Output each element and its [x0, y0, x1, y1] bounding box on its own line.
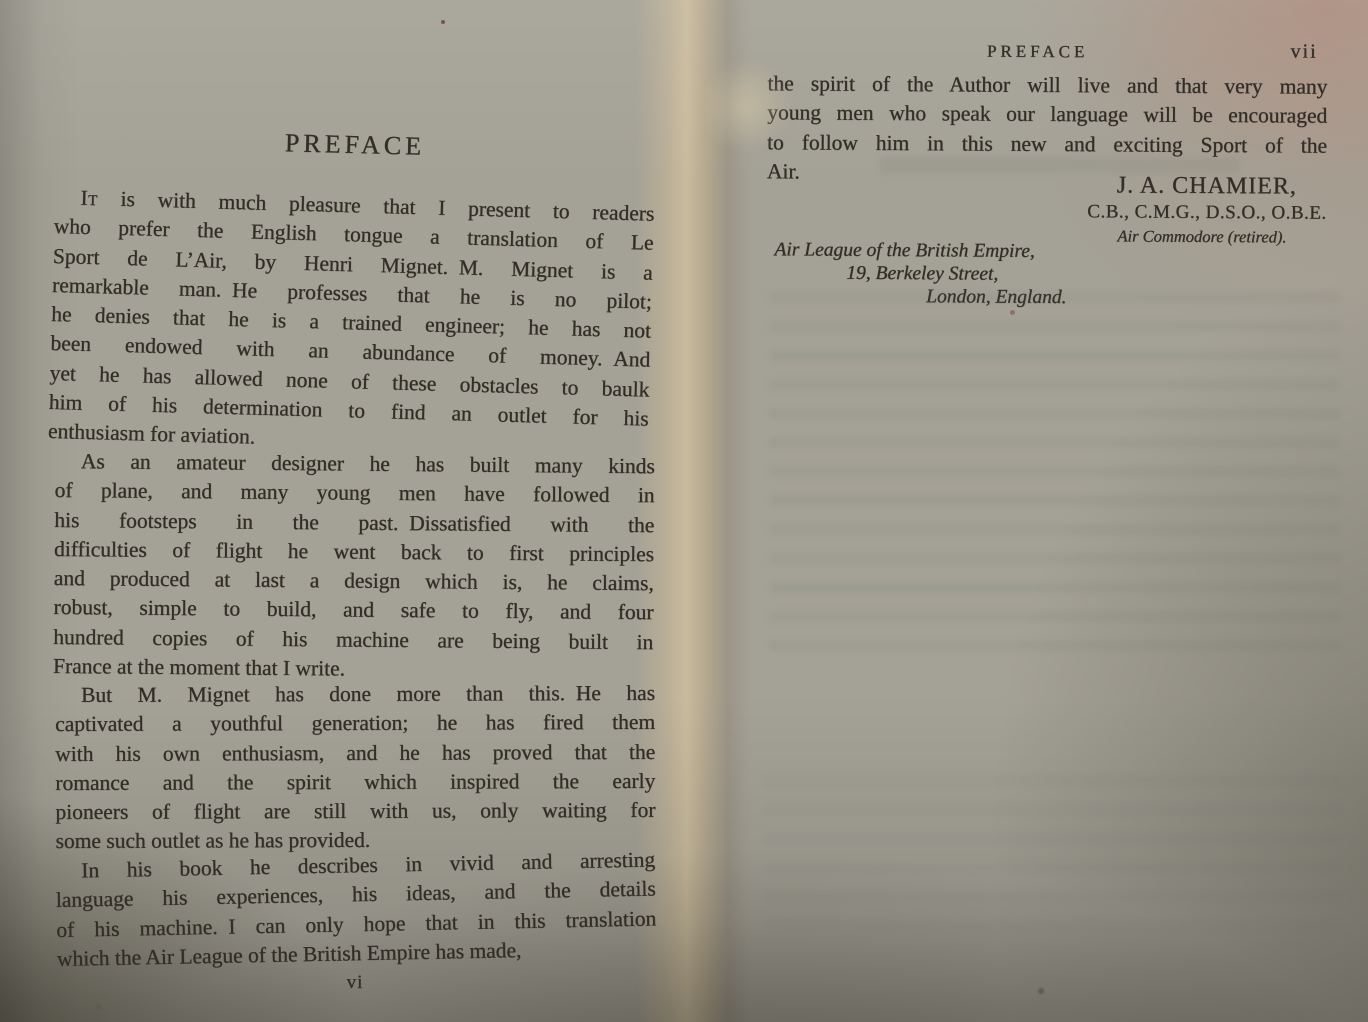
right-page-number: vii [1290, 40, 1317, 63]
text-line: As an amateur designer he has built many… [55, 447, 655, 482]
text-line: hundred copies of his machine are being … [53, 622, 653, 657]
text-line: young men who speak our language will be… [767, 99, 1327, 132]
paragraph: It is with much pleasure that I present … [48, 183, 655, 463]
signature-honours: C.B., C.M.G., D.S.O., O.B.E. [767, 199, 1327, 224]
paragraph: But M. Mignet has done more than this. H… [55, 679, 656, 857]
text-line: to follow him in this new and exciting S… [767, 128, 1327, 161]
signature-block: J. A. CHAMIER, C.B., C.M.G., D.S.O., O.B… [767, 170, 1327, 247]
signature-name: J. A. CHAMIER, [767, 170, 1327, 199]
right-running-header: PREFACE vii [768, 40, 1328, 63]
left-page-number: vi [55, 972, 655, 994]
text-line: the spirit of the Author will live and t… [767, 69, 1327, 102]
text-line: pioneers of flight are still with us, on… [55, 796, 655, 827]
text-line: captivated a youthful generation; he has… [55, 708, 655, 739]
paper-speck [1038, 988, 1044, 994]
address-line: Air League of the British Empire, [774, 238, 1066, 263]
paper-speck [441, 20, 445, 24]
open-book-photo: PREFACE It is with much pleasure that I … [0, 0, 1368, 1022]
left-page-text-block: It is with much pleasure that I present … [55, 183, 655, 974]
left-page-heading: PREFACE [55, 123, 656, 168]
text-line: of plane, and many young men have follow… [54, 476, 654, 511]
right-page-content: PREFACE vii the spirit of the Author wil… [762, 0, 1328, 1002]
text-line: and produced at last a design which is, … [54, 564, 654, 599]
text-line: difficulties of flight he went back to f… [54, 535, 654, 570]
text-line: robust, simple to build, and safe to fly… [53, 593, 653, 628]
paper-speck [1010, 310, 1015, 315]
text-line: romance and the spirit which inspired th… [55, 767, 655, 798]
paper-speck [96, 1004, 101, 1009]
running-header-title: PREFACE [987, 42, 1088, 62]
text-line: But M. Mignet has done more than this. H… [55, 679, 655, 710]
lead-word: It [80, 186, 98, 210]
text-line: his footsteps in the past. Dissatisfied … [54, 505, 654, 540]
paragraph: In his book he describes in vivid and ar… [55, 845, 657, 974]
address-block: Air League of the British Empire,19, Ber… [774, 238, 1067, 309]
paragraph: As an amateur designer he has built many… [53, 447, 655, 687]
text-line: with his own enthusiasm, and he has prov… [55, 738, 655, 769]
paper-stain [698, 58, 793, 153]
address-line: London, England. [926, 286, 1066, 310]
address-line: 19, Berkeley Street, [846, 262, 1066, 287]
